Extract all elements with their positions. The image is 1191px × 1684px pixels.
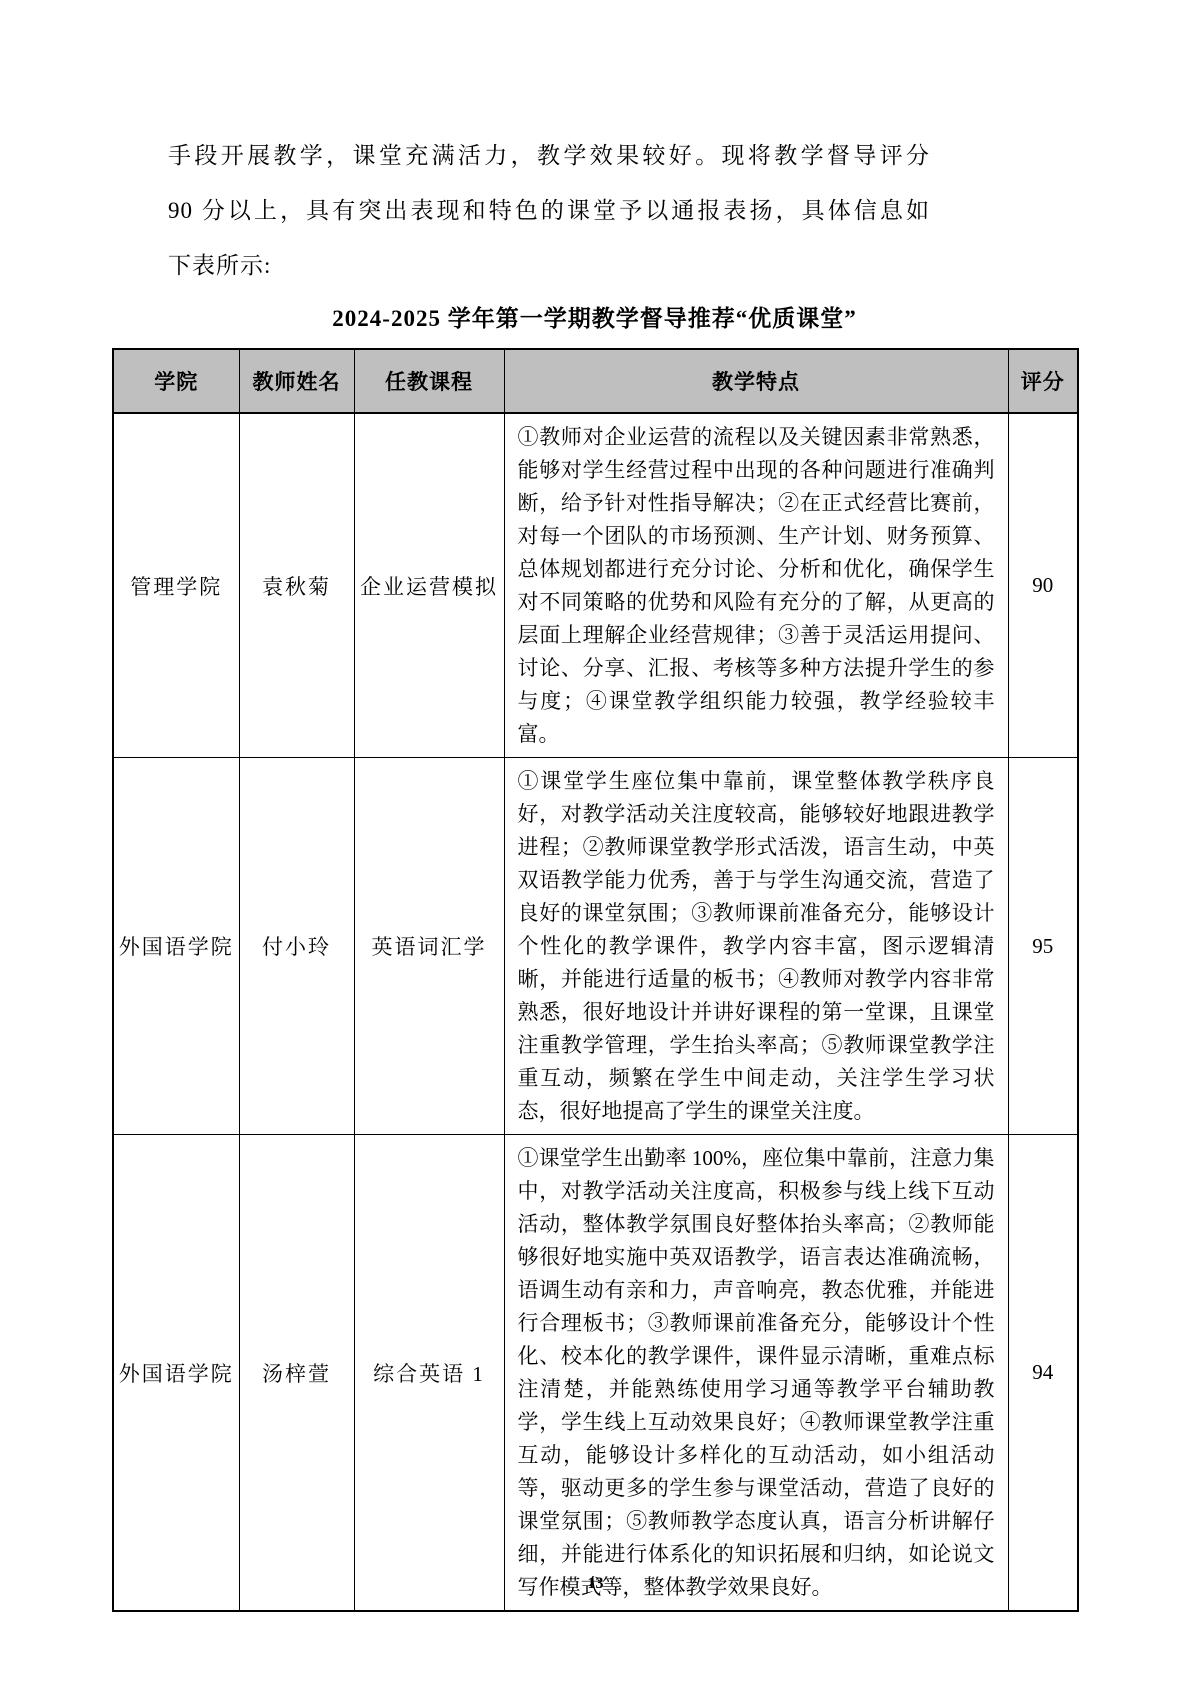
page-number: 13	[0, 1575, 1191, 1593]
score-cell: 90	[1008, 413, 1078, 758]
header-college: 学院	[113, 349, 239, 413]
college-cell: 外国语学院	[113, 1135, 239, 1612]
score-cell: 95	[1008, 758, 1078, 1135]
table-title: 2024-2025 学年第一学期教学督导推荐“优质课堂”	[112, 300, 1077, 333]
features-cell: ①教师对企业运营的流程以及关键因素非常熟悉，能够对学生经营过程中出现的各种问题进…	[504, 413, 1008, 758]
table-header-row: 学院 教师姓名 任教课程 教学特点 评分	[113, 349, 1078, 413]
intro-line: 手段开展教学，课堂充满活力，教学效果较好。现将教学督导评分	[168, 128, 930, 183]
course-cell: 企业运营模拟	[354, 413, 504, 758]
table-row: 管理学院 袁秋菊 企业运营模拟 ①教师对企业运营的流程以及关键因素非常熟悉，能够…	[113, 413, 1078, 758]
teacher-cell: 汤梓萱	[239, 1135, 354, 1612]
teacher-cell: 付小玲	[239, 758, 354, 1135]
table-row: 外国语学院 汤梓萱 综合英语 1 ①课堂学生出勤率 100%，座位集中靠前，注意…	[113, 1135, 1078, 1612]
college-cell: 外国语学院	[113, 758, 239, 1135]
course-cell: 综合英语 1	[354, 1135, 504, 1612]
score-cell: 94	[1008, 1135, 1078, 1612]
intro-paragraph: 手段开展教学，课堂充满活力，教学效果较好。现将教学督导评分 90 分以上，具有突…	[168, 128, 930, 293]
teacher-cell: 袁秋菊	[239, 413, 354, 758]
header-features: 教学特点	[504, 349, 1008, 413]
header-score: 评分	[1008, 349, 1078, 413]
header-course: 任教课程	[354, 349, 504, 413]
quality-classroom-table: 学院 教师姓名 任教课程 教学特点 评分 管理学院 袁秋菊 企业运营模拟 ①教师…	[112, 348, 1079, 1612]
intro-line: 下表所示:	[168, 238, 930, 293]
intro-line: 90 分以上，具有突出表现和特色的课堂予以通报表扬，具体信息如	[168, 183, 930, 238]
features-cell: ①课堂学生座位集中靠前，课堂整体教学秩序良好，对教学活动关注度较高，能够较好地跟…	[504, 758, 1008, 1135]
features-cell: ①课堂学生出勤率 100%，座位集中靠前，注意力集中，对教学活动关注度高，积极参…	[504, 1135, 1008, 1612]
course-cell: 英语词汇学	[354, 758, 504, 1135]
document-page: 手段开展教学，课堂充满活力，教学效果较好。现将教学督导评分 90 分以上，具有突…	[0, 0, 1191, 1684]
table-row: 外国语学院 付小玲 英语词汇学 ①课堂学生座位集中靠前，课堂整体教学秩序良好，对…	[113, 758, 1078, 1135]
college-cell: 管理学院	[113, 413, 239, 758]
header-teacher: 教师姓名	[239, 349, 354, 413]
